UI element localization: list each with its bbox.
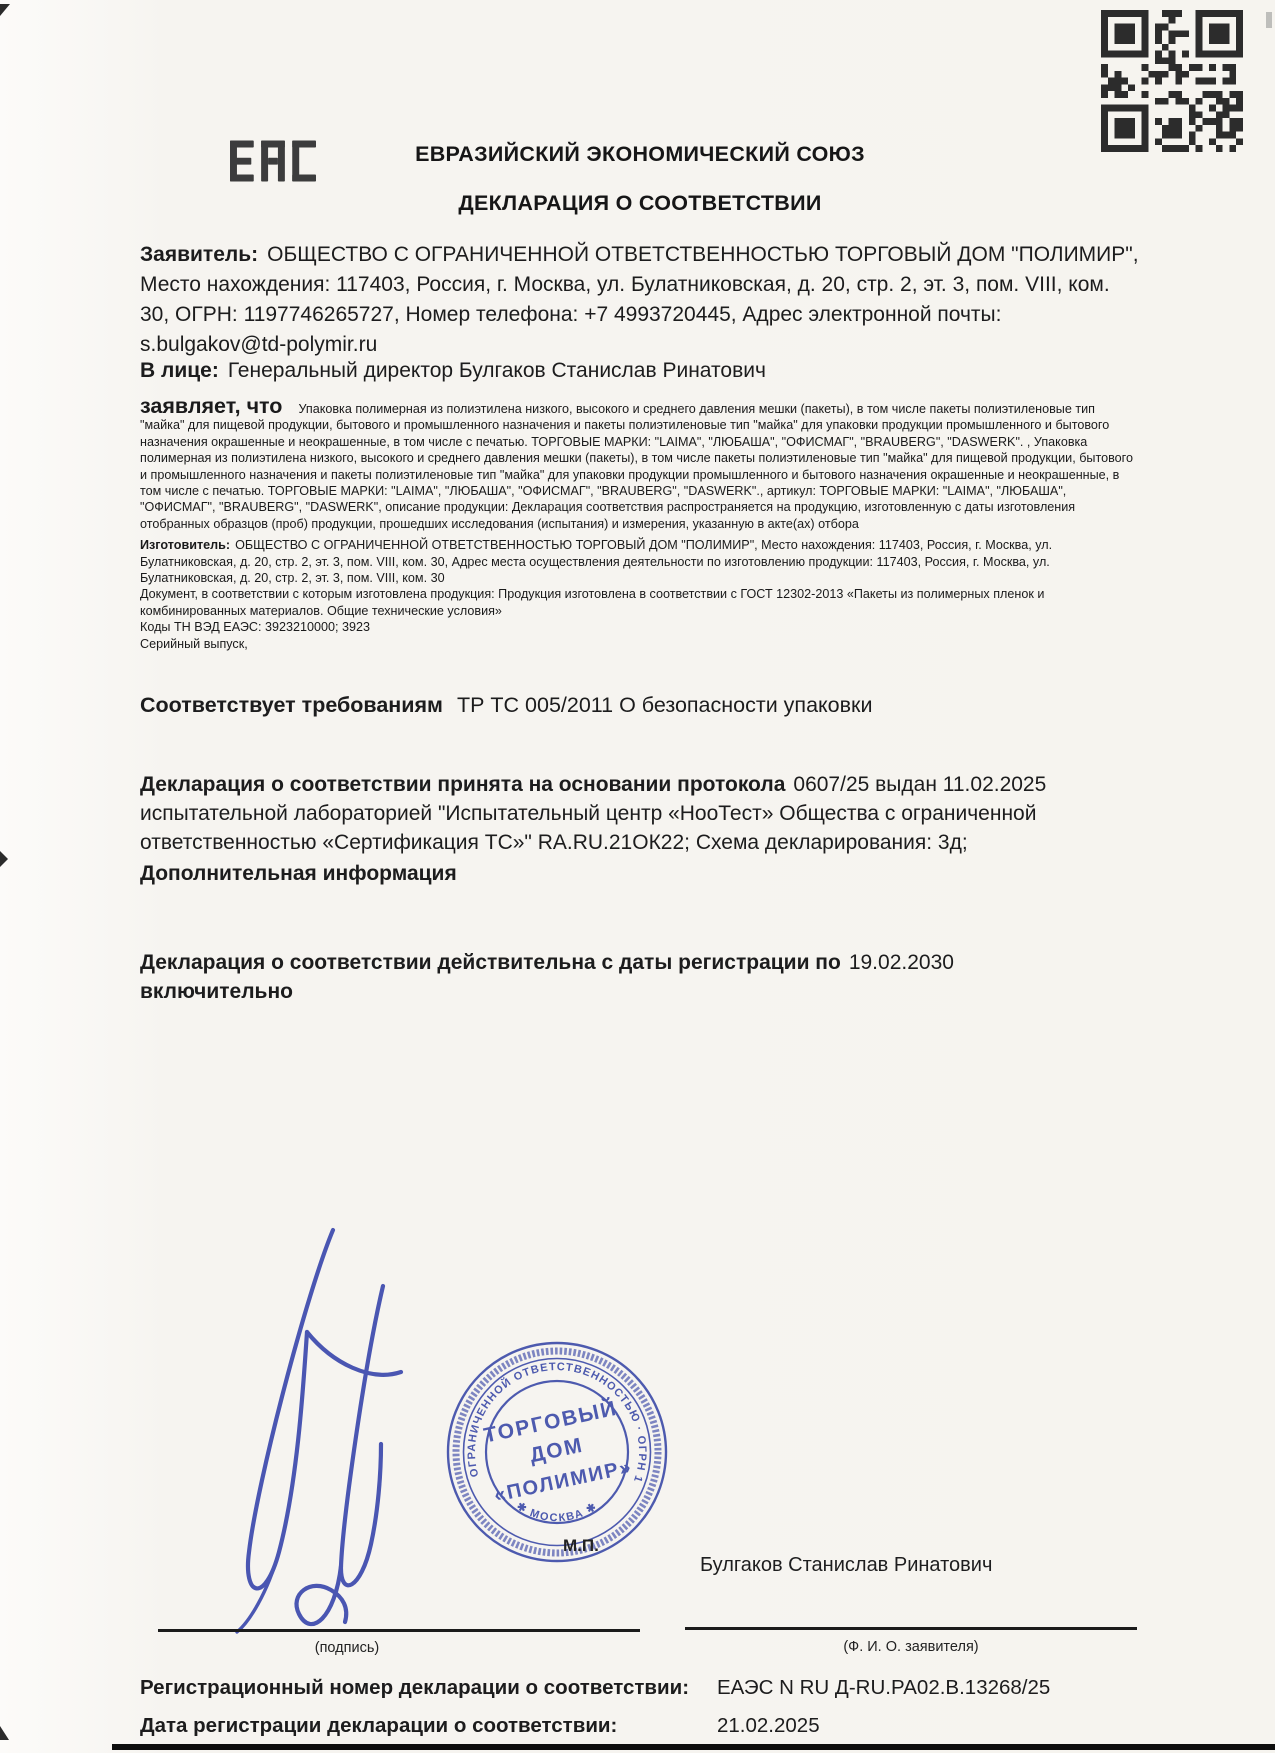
stamp-city-text: ✱ МОСКВА ✱: [514, 1500, 599, 1524]
declares-label: заявляет, что: [140, 394, 282, 418]
serial-issue: Серийный выпуск,: [140, 636, 1140, 652]
protocol-label: Декларация о соответствии принята на осн…: [140, 773, 785, 796]
scan-artifact: [0, 1726, 9, 1740]
person-paragraph: В лице:Генеральный директор Булгаков Ста…: [140, 356, 1140, 386]
registration-date-label: Дата регистрации декларации о соответств…: [140, 1714, 617, 1738]
qr-code-icon: [1101, 10, 1243, 152]
additional-info-label: Дополнительная информация: [140, 862, 457, 886]
applicant-label: Заявитель:: [140, 243, 258, 266]
document-title: ДЕКЛАРАЦИЯ О СООТВЕТСТВИИ: [140, 191, 1140, 216]
scan-artifact: [0, 4, 10, 16]
svg-text:✱ МОСКВА ✱: ✱ МОСКВА ✱: [514, 1500, 599, 1524]
validity-suffix: включительно: [140, 977, 1140, 1006]
compliance-label: Соответствует требованиям: [140, 693, 443, 717]
stamp-line3: «ПОЛИМИР»: [492, 1456, 634, 1507]
handwritten-signature: [215, 1222, 450, 1642]
manufacturer-text: ОБЩЕСТВО С ОГРАНИЧЕННОЙ ОТВЕТСТВЕННОСТЬЮ…: [140, 538, 1052, 585]
person-label: В лице:: [140, 359, 219, 382]
manufacturer-label: Изготовитель:: [140, 538, 230, 552]
protocol-paragraph: Декларация о соответствии принята на осн…: [140, 770, 1145, 857]
scan-edge-bar: [112, 1744, 1275, 1750]
registration-number-label: Регистрационный номер декларации о соотв…: [140, 1676, 689, 1700]
union-title: ЕВРАЗИЙСКИЙ ЭКОНОМИЧЕСКИЙ СОЮЗ: [140, 142, 1140, 167]
validity-paragraph: Декларация о соответствии действительна …: [140, 948, 1140, 1006]
validity-label: Декларация о соответствии действительна …: [140, 951, 841, 974]
stamp-line2: ДОМ: [528, 1434, 586, 1468]
document-basis-paragraph: Документ, в соответствии с которым изгот…: [140, 586, 1140, 619]
name-line: [685, 1627, 1137, 1630]
compliance-row: Соответствует требованиямТР ТС 005/2011 …: [140, 693, 872, 718]
signer-name: Булгаков Станислав Ринатович: [700, 1554, 992, 1577]
scan-artifact: [1266, 12, 1272, 28]
compliance-value: ТР ТС 005/2011 О безопасности упаковки: [457, 693, 873, 717]
validity-date: 19.02.2030: [849, 951, 954, 974]
scan-artifact: [0, 851, 8, 867]
signature-caption: (подпись): [247, 1640, 447, 1656]
signature-line: [158, 1629, 640, 1632]
person-text: Генеральный директор Булгаков Станислав …: [228, 359, 766, 382]
declares-text: Упаковка полимерная из полиэтилена низко…: [140, 402, 1133, 531]
applicant-text: ОБЩЕСТВО С ОГРАНИЧЕННОЙ ОТВЕТСТВЕННОСТЬЮ…: [140, 243, 1139, 356]
company-seal-stamp: ОБЩЕСТВО С ОГРАНИЧЕННОЙ ОТВЕТСТВЕННОСТЬЮ…: [445, 1340, 669, 1564]
declaration-document: ЕВРАЗИЙСКИЙ ЭКОНОМИЧЕСКИЙ СОЮЗ ДЕКЛАРАЦИ…: [0, 0, 1275, 1753]
product-description-block: заявляет, чтоУпаковка полимерная из поли…: [140, 398, 1140, 652]
applicant-paragraph: Заявитель:ОБЩЕСТВО С ОГРАНИЧЕННОЙ ОТВЕТС…: [140, 240, 1140, 360]
seal-place-label: М.П.: [563, 1536, 599, 1556]
registration-number-value: ЕАЭС N RU Д-RU.РА02.В.13268/25: [717, 1676, 1050, 1700]
declares-paragraph: заявляет, чтоУпаковка полимерная из поли…: [140, 398, 1140, 532]
tnved-codes: Коды ТН ВЭД ЕАЭС: 3923210000; 3923: [140, 619, 1140, 635]
manufacturer-paragraph: Изготовитель:ОБЩЕСТВО С ОГРАНИЧЕННОЙ ОТВ…: [140, 537, 1140, 586]
registration-date-value: 21.02.2025: [717, 1714, 820, 1738]
name-caption: (Ф. И. О. заявителя): [786, 1639, 1036, 1655]
